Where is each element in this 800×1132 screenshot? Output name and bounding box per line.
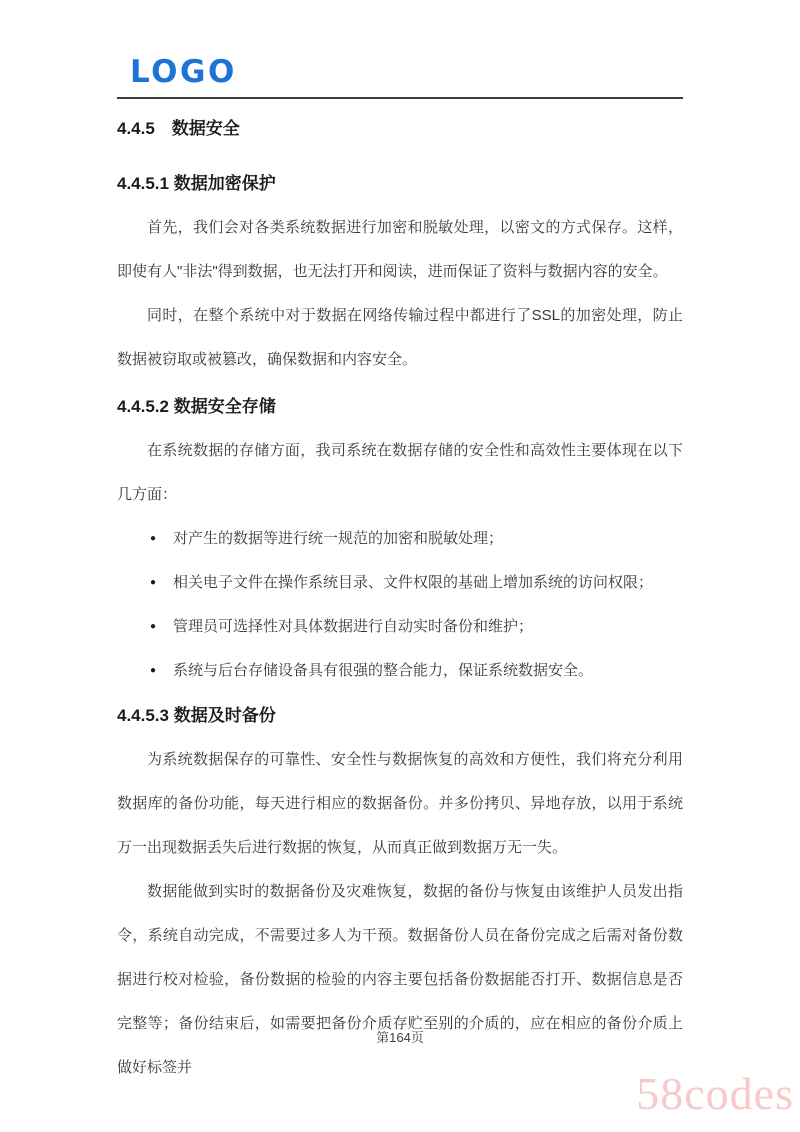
bullet-icon: ●: [150, 605, 156, 649]
page-number: 第164页: [376, 1030, 424, 1045]
company-logo: LOGO: [130, 54, 683, 90]
subsection-title-encryption: 4.4.5.1 数据加密保护: [117, 162, 683, 206]
list-item-text: 系统与后台存储设备具有很强的整合能力，保证系统数据安全。: [173, 649, 593, 693]
paragraph: 为系统数据保存的可靠性、安全性与数据恢复的高效和方便性，我们将充分利用数据库的备…: [117, 738, 683, 870]
list-item-text: 相关电子文件在操作系统目录、文件权限的基础上增加系统的访问权限；: [173, 561, 653, 605]
bullet-icon: ●: [150, 561, 156, 605]
list-item-text: 对产生的数据等进行统一规范的加密和脱敏处理；: [173, 517, 503, 561]
page-header: LOGO: [117, 54, 683, 99]
subsection-title-storage: 4.4.5.2 数据安全存储: [117, 385, 683, 429]
list-item: ● 管理员可选择性对具体数据进行自动实时备份和维护；: [117, 605, 683, 649]
header-divider: [117, 97, 683, 99]
list-item: ● 系统与后台存储设备具有很强的整合能力，保证系统数据安全。: [117, 649, 683, 693]
document-page: LOGO 4.4.5 数据安全 4.4.5.1 数据加密保护 首先，我们会对各类…: [0, 0, 800, 1132]
section-title: 4.4.5 数据安全: [117, 107, 683, 151]
document-body: 4.4.5 数据安全 4.4.5.1 数据加密保护 首先，我们会对各类系统数据进…: [117, 107, 683, 1090]
page-content: LOGO 4.4.5 数据安全 4.4.5.1 数据加密保护 首先，我们会对各类…: [0, 54, 800, 1090]
paragraph: 在系统数据的存储方面，我司系统在数据存储的安全性和高效性主要体现在以下几方面：: [117, 429, 683, 517]
paragraph: 首先，我们会对各类系统数据进行加密和脱敏处理，以密文的方式保存。这样，即使有人"…: [117, 206, 683, 294]
bullet-icon: ●: [150, 517, 156, 561]
list-item: ● 对产生的数据等进行统一规范的加密和脱敏处理；: [117, 517, 683, 561]
subsection-title-backup: 4.4.5.3 数据及时备份: [117, 694, 683, 738]
watermark: 58codes: [636, 1067, 794, 1120]
bullet-icon: ●: [150, 649, 156, 693]
page-footer: 第164页: [0, 1027, 800, 1046]
list-item-text: 管理员可选择性对具体数据进行自动实时备份和维护；: [173, 605, 533, 649]
bullet-list: ● 对产生的数据等进行统一规范的加密和脱敏处理； ● 相关电子文件在操作系统目录…: [117, 517, 683, 693]
paragraph: 数据能做到实时的数据备份及灾难恢复，数据的备份与恢复由该维护人员发出指令，系统自…: [117, 870, 683, 1090]
list-item: ● 相关电子文件在操作系统目录、文件权限的基础上增加系统的访问权限；: [117, 561, 683, 605]
paragraph: 同时，在整个系统中对于数据在网络传输过程中都进行了SSL的加密处理，防止数据被窃…: [117, 294, 683, 382]
